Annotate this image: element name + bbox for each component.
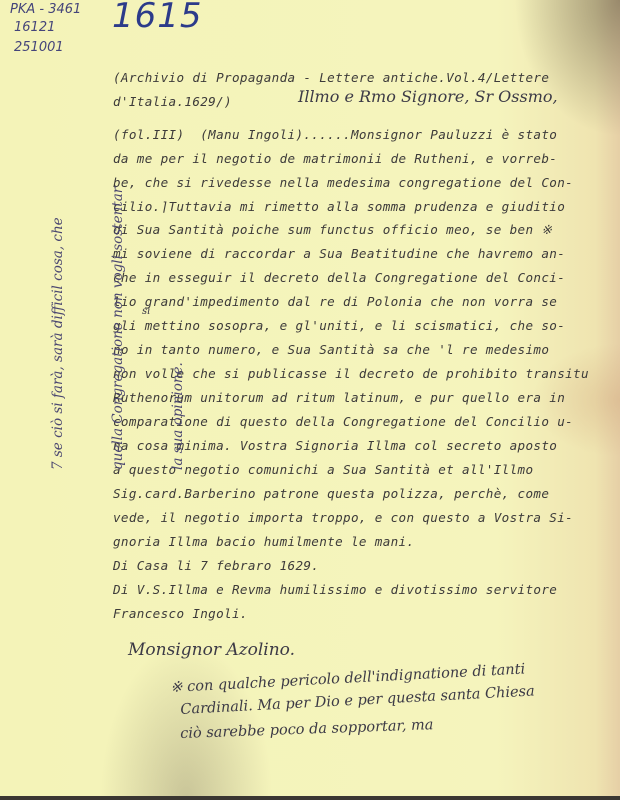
body-line: (fol.III) (Manu Ingoli)......Monsignor P… bbox=[113, 127, 557, 142]
folio-number: 1615 bbox=[112, 0, 203, 36]
body-line: gnoria Illma bacio humilmente le mani. bbox=[113, 534, 414, 549]
header-line-1: (Archivio di Propaganda - Lettere antich… bbox=[113, 70, 549, 85]
margin-note-line: 7 se ciò si farà, sarà difficil cosa, ch… bbox=[48, 187, 68, 470]
margin-note-line: la sua opinione. bbox=[168, 187, 188, 470]
archive-code: PKA - 3461 bbox=[10, 2, 81, 18]
closing-line: Di V.S.Illma e Revma humilissimo e divot… bbox=[113, 582, 557, 597]
archive-code-3: 251001 bbox=[14, 40, 64, 56]
margin-note-line: quella Congregatione non vogli sostentar bbox=[108, 187, 128, 470]
body-line: da me per il negotio de matrimonii de Ru… bbox=[113, 151, 557, 166]
body-line: vede, il negotio importa troppo, e con q… bbox=[113, 510, 573, 525]
signature-line: Francesco Ingoli. bbox=[113, 606, 248, 621]
addressee: Monsignor Azolino. bbox=[128, 640, 295, 660]
salutation: Illmo e Rmo Signore, Sr Ossmo, bbox=[298, 87, 558, 106]
header-line-2: d'Italia.1629/) bbox=[113, 94, 232, 109]
body-line: Sig.card.Barberino patrone questa polizz… bbox=[113, 486, 549, 501]
date-line: Di Casa li 7 febraro 1629. bbox=[113, 558, 319, 573]
archive-code-2: 16121 bbox=[14, 20, 55, 36]
margin-note: 7 se ciò si farà, sarà difficil cosa, ch… bbox=[8, 187, 208, 470]
scan-edge bbox=[0, 796, 620, 800]
